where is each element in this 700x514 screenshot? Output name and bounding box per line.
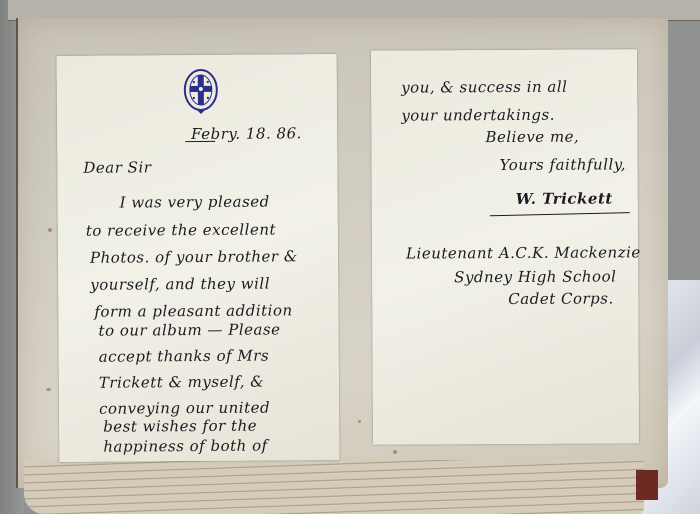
album-page-edges	[24, 460, 644, 514]
letter-line: form a pleasant addition	[94, 301, 292, 320]
letter-line: happiness of both of	[103, 437, 267, 456]
stain	[48, 228, 52, 232]
stain	[393, 450, 397, 454]
letter-line: I was very pleased	[120, 192, 270, 211]
stain	[46, 388, 51, 391]
letter-line: best wishes for the	[103, 417, 257, 436]
letter-line: you, & success in all	[401, 78, 567, 97]
letter-line: yourself, and they will	[90, 274, 270, 293]
signature: W. Trickett	[516, 189, 613, 208]
letter-line: your undertakings.	[401, 106, 555, 125]
addressee-line: Sydney High School	[454, 267, 616, 286]
letter-line: to our album — Please	[98, 320, 280, 339]
letter-line: to receive the excellent	[86, 220, 276, 239]
letter-page-right: you, & success in all your undertakings.…	[371, 49, 639, 444]
addressee-line: Cadet Corps.	[508, 289, 614, 308]
signature-underline	[490, 212, 630, 216]
new-south-wales-crest-icon	[183, 68, 219, 114]
letter-line: conveying our united	[99, 399, 270, 418]
letter-line: Trickett & myself, &	[99, 373, 264, 392]
album-binding	[636, 470, 658, 500]
salutation: Dear Sir	[83, 158, 151, 176]
letter-page-left: Febry. 18. 86. Dear Sir I was very pleas…	[57, 54, 340, 462]
stain	[358, 420, 361, 423]
valediction: Yours faithfully,	[500, 155, 627, 174]
closing: Believe me,	[485, 128, 579, 146]
letter-line: Photos. of your brother &	[90, 247, 298, 266]
addressee-line: Lieutenant A.C.K. Mackenzie	[406, 243, 641, 262]
letter-line: accept thanks of Mrs	[99, 347, 270, 366]
date-underline	[185, 141, 215, 142]
